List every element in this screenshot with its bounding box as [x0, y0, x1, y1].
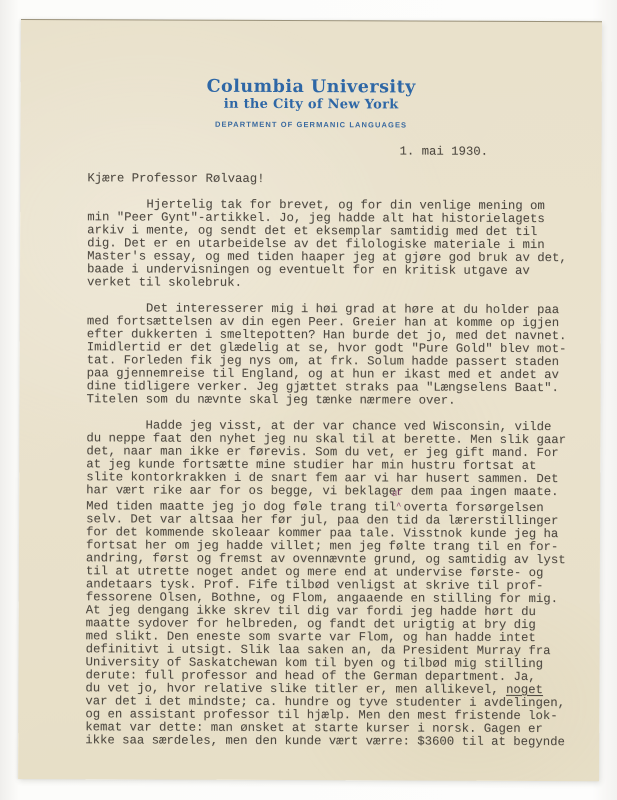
letterhead-university-name: Columbia University [21, 77, 602, 98]
paragraph-2: Det interesserer mig i høi grad at høre … [87, 302, 571, 408]
underlined-word: noget [506, 683, 543, 697]
letterhead-city-line: in the City of New York [21, 97, 602, 113]
letterhead-department: DEPARTMENT OF GERMANIC LANGUAGES [21, 119, 602, 130]
paragraph-3-text-b: overta forsørgelsen selv. Det var altsaa… [85, 500, 565, 696]
date-line: 1. mai 1930. [399, 145, 571, 159]
letter-paper: Columbia University in the City of New Y… [18, 19, 602, 781]
paragraph-1: Hjertelig tak for brevet, og for din ven… [87, 198, 571, 291]
salutation: Kjære Professor Rølvaag! [87, 172, 571, 187]
paragraph-3: Hadde jeg visst, at der var chance ved W… [85, 419, 570, 749]
insertion-caret-mark: ^ [396, 502, 401, 511]
handwritten-insertion-text: at [391, 489, 401, 499]
handwritten-insertion: at^ [396, 498, 403, 510]
letter-body: 1. mai 1930. Kjære Professor Rølvaag! Hj… [85, 144, 571, 749]
letterhead: Columbia University in the City of New Y… [21, 20, 602, 130]
scanned-letter: Columbia University in the City of New Y… [0, 0, 617, 800]
